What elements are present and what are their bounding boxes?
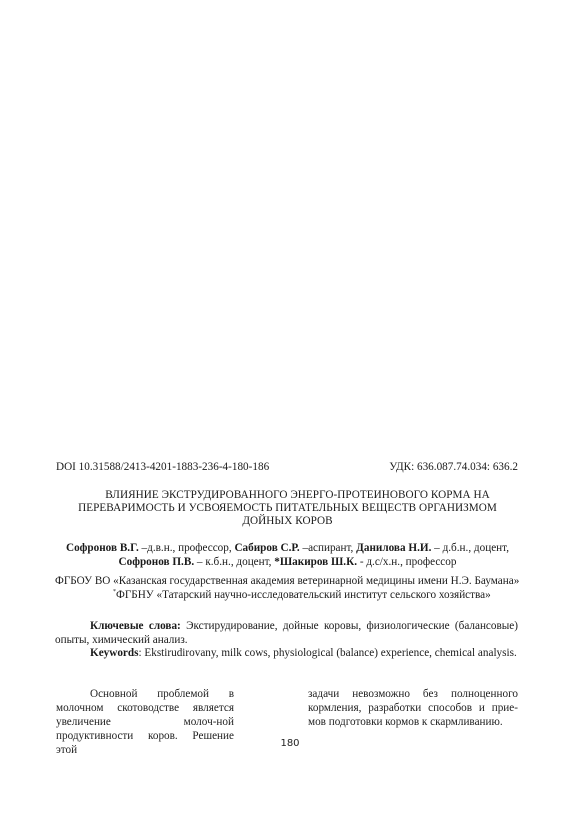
affiliation-1: ФГБОУ ВО «Казанская государственная акад… — [55, 574, 520, 588]
doi-label: DOI 10.31588/2413-4201-1883-236-4-180-18… — [56, 461, 269, 474]
affiliations: ФГБОУ ВО «Казанская государственная акад… — [55, 574, 520, 602]
article-title: ВЛИЯНИЕ ЭКСТРУДИРОВАННОГО ЭНЕРГО-ПРОТЕИН… — [60, 489, 515, 528]
author-sep: – — [300, 542, 308, 554]
authors-line-2: Софронов П.В. – к.б.н., доцент, *Шакиров… — [55, 555, 520, 569]
author-name: Данилова Н.И. — [356, 542, 431, 554]
author-role: д.в.н., профессор, — [147, 542, 232, 554]
author-role: к.б.н., доцент, — [205, 556, 271, 568]
keywords-en-text: : Ekstirudirovany, milk cows, physiologi… — [138, 647, 516, 659]
document-page: DOI 10.31588/2413-4201-1883-236-4-180-18… — [0, 0, 580, 820]
title-line-1: ВЛИЯНИЕ ЭКСТРУДИРОВАННОГО ЭНЕРГО-ПРОТЕИН… — [60, 489, 515, 502]
keywords-en-label: Keywords — [90, 647, 138, 659]
page-number: 180 — [0, 737, 580, 750]
body-column-right: задачи невозможно без полноценного кормл… — [308, 687, 518, 729]
author-list: Софронов В.Г. –д.в.н., профессор, Сабиро… — [55, 541, 520, 569]
title-line-3: ДОЙНЫХ КОРОВ — [60, 515, 515, 528]
author-sep: – — [139, 542, 147, 554]
title-line-2: ПЕРЕВАРИМОСТЬ И УСВОЯЕМОСТЬ ПИТАТЕЛЬНЫХ … — [60, 502, 515, 515]
author-sep: - — [357, 556, 366, 568]
author-role: д.с/х.н., профессор — [366, 556, 456, 568]
article-meta-row: DOI 10.31588/2413-4201-1883-236-4-180-18… — [56, 461, 518, 474]
udc-label: УДК: 636.087.74.034: 636.2 — [389, 461, 518, 474]
keywords-ru: Ключевые слова: Экстирудирование, дойные… — [55, 620, 518, 647]
author-sep: – — [431, 542, 442, 554]
author-sep: – — [194, 556, 205, 568]
keywords-en: Keywords: Ekstirudirovany, milk cows, ph… — [55, 647, 518, 661]
author-name: *Шакиров Ш.К. — [274, 556, 357, 568]
body-paragraph: задачи невозможно без полноценного кормл… — [308, 687, 518, 729]
keywords-block: Ключевые слова: Экстирудирование, дойные… — [55, 620, 518, 661]
author-name: Сабиров С.Р. — [234, 542, 299, 554]
author-role: аспирант, — [308, 542, 353, 554]
author-name: Софронов П.В. — [119, 556, 195, 568]
authors-line-1: Софронов В.Г. –д.в.н., профессор, Сабиро… — [55, 541, 520, 555]
author-role: д.б.н., доцент, — [443, 542, 509, 554]
author-name: Софронов В.Г. — [66, 542, 139, 554]
affiliation-2-text: ФГБНУ «Татарский научно-исследовательски… — [116, 589, 491, 601]
keywords-ru-label: Ключевые слова: — [90, 620, 181, 632]
affiliation-2: *ФГБНУ «Татарский научно-исследовательск… — [55, 588, 520, 602]
